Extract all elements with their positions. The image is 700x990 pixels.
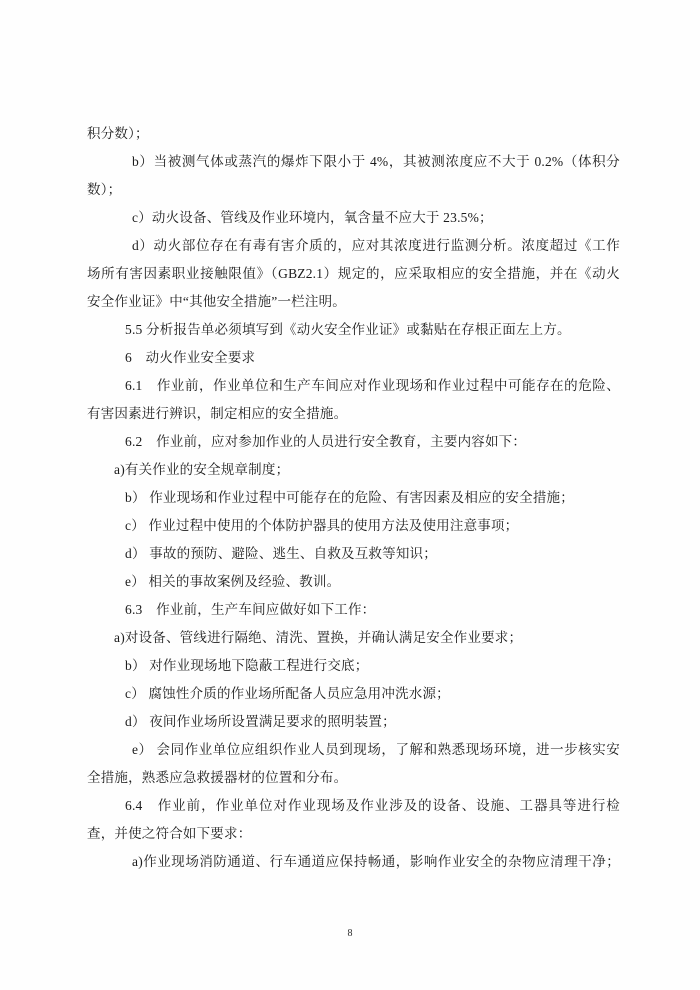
text-line: d）动火部位存在有毒有害介质的，应对其浓度进行监测分析。浓度超过《工作 [87,232,620,260]
document-body: 积分数）；b）当被测气体或蒸汽的爆炸下限小于 4%，其被测浓度应不大于 0.2%… [87,120,620,876]
text-line: 6.4 作业前，作业单位对作业现场及作业涉及的设备、设施、工器具等进行检 [87,792,620,820]
text-line: 场所有害因素职业接触限值》（GBZ2.1）规定的，应采取相应的安全措施，并在《动… [87,260,620,288]
text-line: 查，并使之符合如下要求： [87,820,620,848]
text-line: a)有关作业的安全规章制度； [87,456,620,484]
text-line: e） 会同作业单位应组织作业人员到现场，了解和熟悉现场环境，进一步核实安 [87,736,620,764]
text-line: 积分数）； [87,120,620,148]
text-line: c）动火设备、管线及作业环境内，氧含量不应大于 23.5%； [87,204,620,232]
text-line: 数）； [87,176,620,204]
document-page: 积分数）；b）当被测气体或蒸汽的爆炸下限小于 4%，其被测浓度应不大于 0.2%… [0,0,700,990]
text-line: e） 相关的事故案例及经验、教训。 [87,568,620,596]
text-line: 6.1 作业前，作业单位和生产车间应对作业现场和作业过程中可能存在的危险、 [87,372,620,400]
text-line: b） 对作业现场地下隐蔽工程进行交底； [87,652,620,680]
text-line: 全措施，熟悉应急救援器材的位置和分布。 [87,764,620,792]
text-line: 6.3 作业前，生产车间应做好如下工作： [87,596,620,624]
text-line: 有害因素进行辨识，制定相应的安全措施。 [87,400,620,428]
text-line: c） 腐蚀性介质的作业场所配备人员应急用冲洗水源； [87,680,620,708]
page-number: 8 [0,928,700,939]
text-line: 6 动火作业安全要求 [87,344,620,372]
text-line: c） 作业过程中使用的个体防护器具的使用方法及使用注意事项； [87,512,620,540]
text-line: a)对设备、管线进行隔绝、清洗、置换，并确认满足安全作业要求； [87,624,620,652]
text-line: 5.5 分析报告单必须填写到《动火安全作业证》或黏贴在存根正面左上方。 [87,316,620,344]
text-line: a)作业现场消防通道、行车通道应保持畅通，影响作业安全的杂物应清理干净； [87,848,620,876]
text-line: d） 夜间作业场所设置满足要求的照明装置； [87,708,620,736]
text-line: b）当被测气体或蒸汽的爆炸下限小于 4%，其被测浓度应不大于 0.2%（体积分 [87,148,620,176]
text-line: 安全作业证》中“其他安全措施”一栏注明。 [87,288,620,316]
text-line: b） 作业现场和作业过程中可能存在的危险、有害因素及相应的安全措施； [87,484,620,512]
text-line: 6.2 作业前，应对参加作业的人员进行安全教育，主要内容如下： [87,428,620,456]
text-line: d） 事故的预防、避险、逃生、自救及互救等知识； [87,540,620,568]
